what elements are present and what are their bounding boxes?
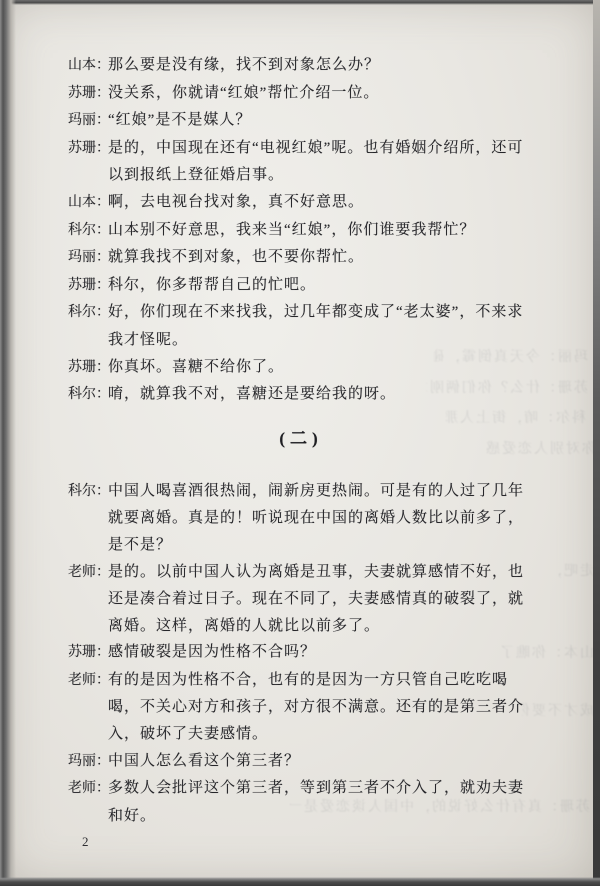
- dialogue-line: 苏珊：科尔，你多帮帮自己的忙吧。: [68, 272, 534, 300]
- utterance-text: 感情破裂是因为性格不合吗？: [108, 644, 316, 660]
- dialogue-line: 玛丽：中国人怎么看这个第三者？: [68, 748, 534, 776]
- speaker-label: 玛丽：: [68, 245, 108, 272]
- dialogue-line: 苏珊：是的，中国现在还有“电视红娘”呢。也有婚姻介绍所，还可以到报纸上登征婚启事…: [68, 135, 534, 189]
- dialogue-line: 苏珊：感情破裂是因为性格不合吗？: [68, 639, 534, 667]
- scan-border-left: [0, 0, 16, 886]
- utterance-text: 有的是因为性格不合，也有的是因为一方只管自己吃吃喝喝，不关心对方和孩子，对方很不…: [108, 672, 524, 742]
- utterance-text: 是的，中国现在还有“电视红娘”呢。也有婚姻介绍所，还可以到报纸上登征婚启事。: [108, 140, 523, 184]
- page-number: 2: [82, 834, 534, 850]
- utterance-text: 山本别不好意思，我来当“红娘”，你们谁要我帮忙？: [108, 222, 475, 238]
- utterance-text: 你真坏。喜糖不给你了。: [108, 359, 284, 375]
- dialogue-line: 老师：有的是因为性格不合，也有的是因为一方只管自己吃吃喝喝，不关心对方和孩子，对…: [68, 667, 534, 748]
- scan-border-right: [593, 0, 600, 886]
- dialogue-line: 科尔：唷，就算我不对，喜糖还是要给我的呀。: [68, 381, 534, 409]
- speaker-label: 科尔：: [68, 300, 108, 327]
- dialogue-line: 科尔：好，你们现在不来找我，过几年都变成了“老太婆”，不来求我才怪呢。: [68, 299, 534, 353]
- utterance-text: 中国人怎么看这个第三者？: [108, 753, 300, 769]
- dialogue-part-1: 山本：那么要是没有缘，找不到对象怎么办？ 苏珊：没关系，你就请“红娘”帮忙介绍一…: [68, 52, 534, 409]
- dialogue-line: 玛丽：就算我找不到对象，也不要你帮忙。: [68, 244, 534, 272]
- section-heading: (二): [68, 424, 534, 449]
- dialogue-line: 老师：多数人会批评这个第三者，等到第三者不介入了，就劝夫妻和好。: [68, 775, 534, 829]
- utterance-text: 好，你们现在不来找我，过几年都变成了“老太婆”，不来求我才怪呢。: [108, 304, 523, 348]
- dialogue-line: 山本：那么要是没有缘，找不到对象怎么办？: [68, 52, 534, 80]
- utterance-text: 啊，去电视台找对象，真不好意思。: [108, 194, 364, 210]
- utterance-text: “红娘”是不是媒人？: [108, 112, 251, 128]
- speaker-label: 山本：: [68, 190, 108, 217]
- dialogue-line: 玛丽：“红娘”是不是媒人？: [68, 107, 534, 135]
- utterance-text: 多数人会批评这个第三者，等到第三者不介入了，就劝夫妻和好。: [108, 780, 524, 824]
- speaker-label: 科尔：: [68, 218, 108, 245]
- dialogue-line: 山本：啊，去电视台找对象，真不好意思。: [68, 189, 534, 217]
- dialogue-line: 苏珊：没关系，你就请“红娘”帮忙介绍一位。: [68, 80, 534, 108]
- dialogue-line: 苏珊：你真坏。喜糖不给你了。: [68, 354, 534, 382]
- dialogue-line: 科尔：山本别不好意思，我来当“红娘”，你们谁要我帮忙？: [68, 217, 534, 245]
- speaker-label: 山本：: [68, 53, 108, 80]
- speaker-label: 老师：: [68, 560, 108, 587]
- dialogue-content: 山本：那么要是没有缘，找不到对象怎么办？ 苏珊：没关系，你就请“红娘”帮忙介绍一…: [68, 52, 534, 850]
- speaker-label: 苏珊：: [68, 81, 108, 108]
- utterance-text: 那么要是没有缘，找不到对象怎么办？: [108, 57, 380, 73]
- dialogue-line: 科尔：中国人喝喜酒很热闹，闹新房更热闹。可是有的人过了几年就要离婚。真是的！听说…: [68, 478, 534, 559]
- scan-border-top: [0, 0, 600, 5]
- utterance-text: 中国人喝喜酒很热闹，闹新房更热闹。可是有的人过了几年就要离婚。真是的！听说现在中…: [108, 483, 524, 553]
- speaker-label: 玛丽：: [68, 108, 108, 135]
- speaker-label: 老师：: [68, 668, 108, 695]
- utterance-text: 科尔，你多帮帮自己的忙吧。: [108, 277, 316, 293]
- dialogue-part-2: 科尔：中国人喝喜酒很热闹，闹新房更热闹。可是有的人过了几年就要离婚。真是的！听说…: [68, 478, 534, 830]
- utterance-text: 唷，就算我不对，喜糖还是要给我的呀。: [108, 386, 396, 402]
- speaker-label: 科尔：: [68, 479, 108, 506]
- utterance-text: 是的。以前中国人认为离婚是丑事，夫妻就算感情不好，也还是凑合着过日子。现在不同了…: [108, 564, 524, 634]
- utterance-text: 就算我找不到对象，也不要你帮忙。: [108, 249, 364, 265]
- speaker-label: 科尔：: [68, 382, 108, 409]
- speaker-label: 玛丽：: [68, 749, 108, 776]
- speaker-label: 苏珊：: [68, 640, 108, 667]
- utterance-text: 没关系，你就请“红娘”帮忙介绍一位。: [108, 85, 379, 101]
- dialogue-line: 老师：是的。以前中国人认为离婚是丑事，夫妻就算感情不好，也还是凑合着过日子。现在…: [68, 559, 534, 640]
- speaker-label: 苏珊：: [68, 355, 108, 382]
- speaker-label: 老师：: [68, 776, 108, 803]
- speaker-label: 苏珊：: [68, 273, 108, 300]
- speaker-label: 苏珊：: [68, 136, 108, 163]
- scan-border-bottom: [0, 877, 600, 886]
- scanned-book-page: 玛丽：今天真倒霉，碰到了 苏珊：什么？你们俩刚才 科尔：唷，街上人那么多 你对别…: [0, 0, 600, 886]
